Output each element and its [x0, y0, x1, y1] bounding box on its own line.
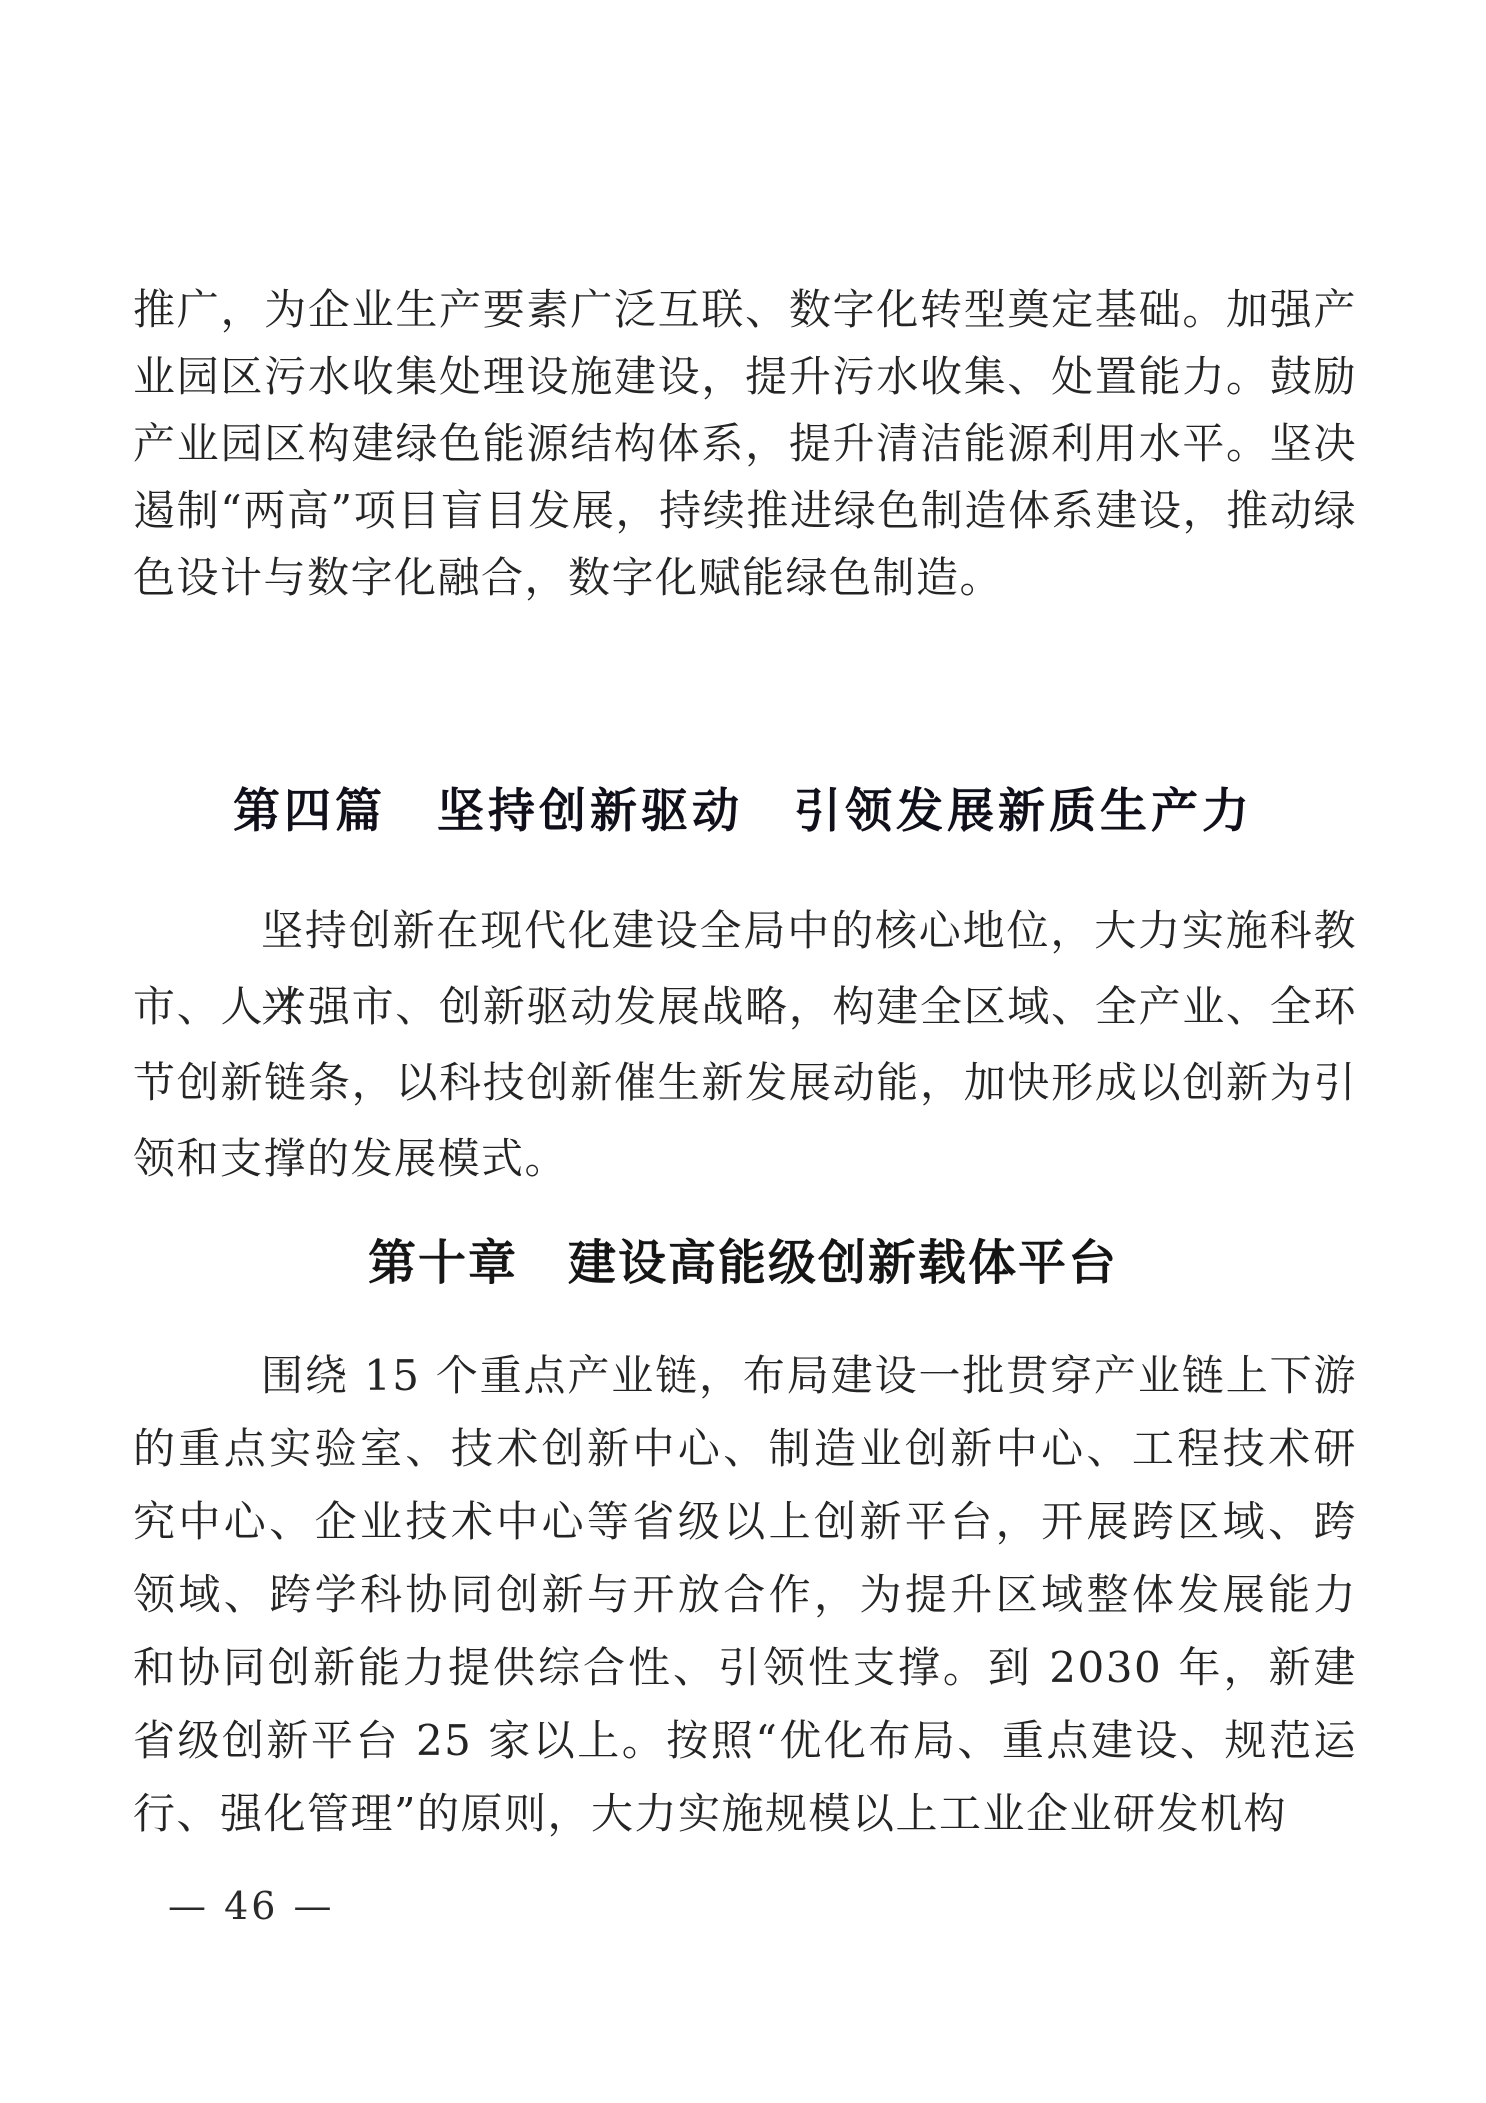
text-line: 市、人才强市、创新驱动发展战略，构建全区域、全产业、全环 [133, 969, 1357, 1045]
text-line: 省级创新平台 25 家以上。按照“优化布局、重点建设、规范运 [133, 1704, 1357, 1777]
text-line: 坚持创新在现代化建设全局中的核心地位，大力实施科教兴 [133, 893, 1357, 969]
text-line: 究中心、企业技术中心等省级以上创新平台，开展跨区域、跨 [133, 1485, 1357, 1558]
text-line: 的重点实验室、技术创新中心、制造业创新中心、工程技术研 [133, 1412, 1357, 1485]
text-line: 和协同创新能力提供综合性、引领性支撑。到 2030 年，新建 [133, 1631, 1357, 1704]
page-number: — 46 — [168, 1884, 335, 1928]
text-line: 色设计与数字化融合，数字化赋能绿色制造。 [133, 544, 1357, 611]
text-line: 产业园区构建绿色能源结构体系，提升清洁能源利用水平。坚决 [133, 410, 1357, 477]
chapter-heading-ch10: 第十章 建设高能级创新载体平台 [0, 1234, 1486, 1292]
text-line: 领域、跨学科协同创新与开放合作，为提升区域整体发展能力 [133, 1558, 1357, 1631]
paragraph-innovation-strategy: 坚持创新在现代化建设全局中的核心地位，大力实施科教兴市、人才强市、创新驱动发展战… [133, 893, 1357, 1197]
text-line: 推广，为企业生产要素广泛互联、数字化转型奠定基础。加强产 [133, 276, 1357, 343]
paragraph-green-manufacturing: 推广，为企业生产要素广泛互联、数字化转型奠定基础。加强产业园区污水收集处理设施建… [133, 276, 1357, 611]
text-line: 围绕 15 个重点产业链，布局建设一批贯穿产业链上下游 [133, 1339, 1357, 1412]
text-line: 节创新链条，以科技创新催生新发展动能，加快形成以创新为引 [133, 1045, 1357, 1121]
text-line: 遏制“两高”项目盲目发展，持续推进绿色制造体系建设，推动绿 [133, 477, 1357, 544]
text-line: 行、强化管理”的原则，大力实施规模以上工业企业研发机构 [133, 1777, 1357, 1850]
section-heading-part4: 第四篇 坚持创新驱动 引领发展新质生产力 [0, 784, 1486, 840]
document-page: 推广，为企业生产要素广泛互联、数字化转型奠定基础。加强产业园区污水收集处理设施建… [0, 0, 1486, 2103]
text-line: 业园区污水收集处理设施建设，提升污水收集、处置能力。鼓励 [133, 343, 1357, 410]
text-line: 领和支撑的发展模式。 [133, 1121, 1357, 1197]
paragraph-innovation-platforms: 围绕 15 个重点产业链，布局建设一批贯穿产业链上下游的重点实验室、技术创新中心… [133, 1339, 1357, 1850]
